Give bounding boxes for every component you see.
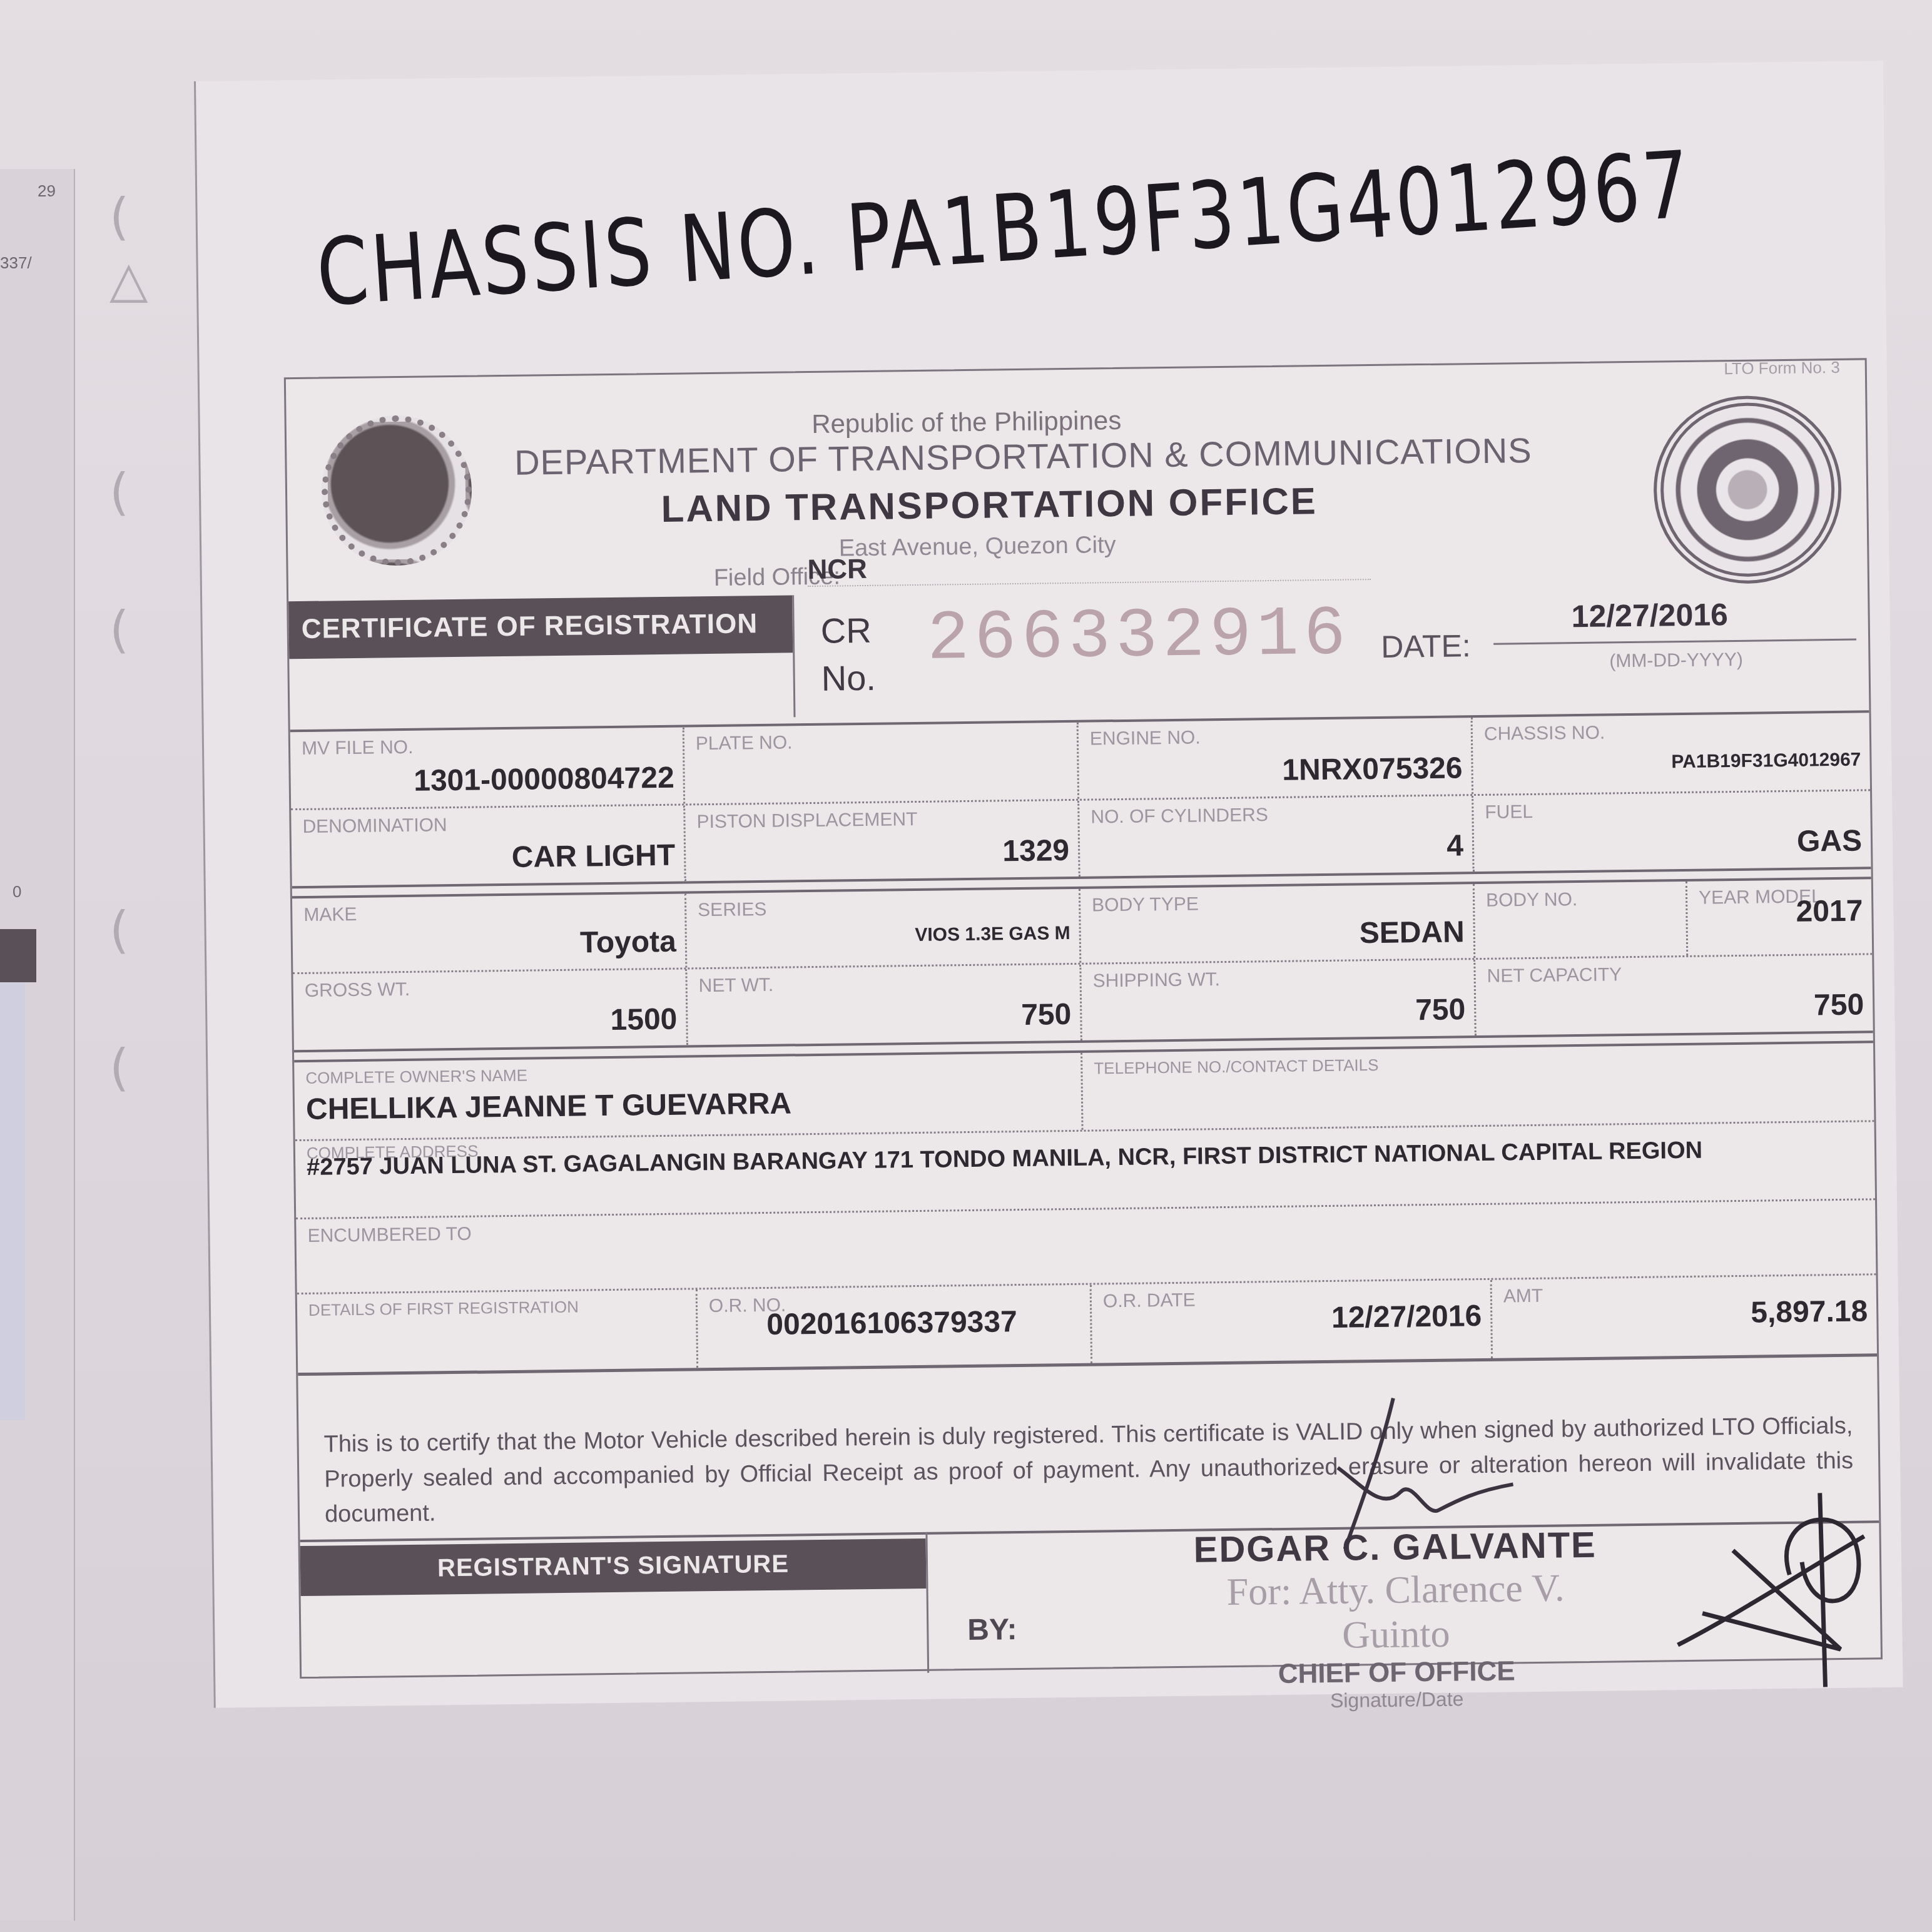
fuel: GAS [1797, 824, 1863, 859]
mv-file-no-cell: MV FILE NO. 1301-00000804722 [290, 728, 685, 809]
field-label: FUEL [1485, 801, 1533, 823]
field-label: SERIES [698, 899, 766, 921]
handwritten-chassis-note: CHASSIS NO. PA1B19F31G4012967 [313, 130, 1695, 327]
field-label: MAKE [303, 904, 357, 926]
field-label: PLATE NO. [696, 732, 793, 755]
binder-hole-icon: ( [109, 1039, 129, 1097]
document-sheet: CHASSIS NO. PA1B19F31G4012967 LTO Form N… [194, 61, 1903, 1708]
officer-signature-icon [1664, 1486, 1904, 1696]
background-fragment: 29 [38, 181, 56, 201]
or-number: 002016106379337 [766, 1304, 1017, 1342]
amount-cell: AMT 5,897.18 [1492, 1275, 1877, 1358]
field-label: PISTON DISPLACEMENT [696, 809, 917, 833]
officer-title: CHIEF OF OFFICE [1177, 1654, 1616, 1691]
field-label: BODY NO. [1486, 889, 1578, 912]
binder-hole-icon: ( [109, 601, 129, 659]
field-label: TELEPHONE NO./CONTACT DETAILS [1094, 1055, 1378, 1079]
certification-statement: This is to certify that the Motor Vehicl… [323, 1408, 1854, 1532]
field-label: O.R. DATE [1103, 1290, 1196, 1313]
background-dark-bar [0, 929, 36, 982]
field-label: NET CAPACITY [1487, 964, 1622, 987]
background-blue-area [0, 982, 25, 1420]
first-registration-cell: DETAILS OF FIRST REGISTRATION [297, 1289, 698, 1373]
or-date-cell: O.R. DATE 12/27/2016 [1092, 1280, 1493, 1363]
shipping-wt-cell: SHIPPING WT. 750 [1081, 960, 1476, 1040]
by-label: BY: [967, 1612, 1017, 1647]
cr-label: CR No. [820, 607, 876, 703]
field-label: SHIPPING WT. [1092, 969, 1220, 992]
cr-number: 266332916 [927, 594, 1351, 679]
engine-no-cell: ENGINE NO. 1NRX075326 [1079, 718, 1473, 799]
certificate-title: CERTIFICATE OF REGISTRATION [288, 595, 793, 659]
date-value: 12/27/2016 [1571, 596, 1728, 634]
vehicle-details-grid: MV FILE NO. 1301-00000804722 PLATE NO. E… [290, 710, 1877, 1376]
series-cell: SERIES VIOS 1.3E GAS M [686, 889, 1081, 968]
mv-file-no: 1301-00000804722 [414, 761, 674, 798]
field-label: CHASSIS NO. [1484, 723, 1605, 745]
divider [925, 1532, 929, 1673]
field-label: NO. OF CYLINDERS [1091, 805, 1268, 828]
field-label: AMT [1503, 1286, 1543, 1308]
field-label: DENOMINATION [302, 815, 447, 838]
or-no-cell: O.R. No. 002016106379337 [698, 1285, 1092, 1368]
field-label: DETAILS OF FIRST REGISTRATION [308, 1298, 579, 1320]
piston-displacement: 1329 [1002, 833, 1069, 868]
cr-label-line1: CR [820, 607, 875, 655]
field-office-value: NCR [807, 554, 867, 586]
binder-hole-icon: ( [109, 188, 129, 246]
net-wt-cell: NET WT. 750 [687, 965, 1082, 1045]
body-no-cell: BODY NO. [1475, 882, 1688, 958]
denomination: CAR LIGHT [512, 838, 676, 875]
body-type: SEDAN [1359, 915, 1465, 950]
field-label: ENGINE NO. [1090, 727, 1201, 750]
field-label: COMPLETE OWNER'S NAME [305, 1066, 527, 1088]
owner-address: #2757 JUAN LUNA ST. GAGALANGIN BARANGAY … [307, 1132, 1794, 1185]
initials-signature-icon [1237, 1390, 1539, 1557]
amount: 5,897.18 [1751, 1294, 1868, 1330]
year-model: 2017 [1796, 894, 1863, 929]
fuel-cell: FUEL GAS [1473, 791, 1871, 872]
field-label: BODY TYPE [1092, 893, 1199, 916]
or-date: 12/27/2016 [1331, 1299, 1482, 1335]
cr-number-row: CERTIFICATE OF REGISTRATION CR No. 26633… [288, 569, 1869, 723]
chassis-no-cell: CHASSIS NO. PA1B19F31G4012967 [1473, 713, 1870, 794]
date-format: (MM-DD-YYYY) [1609, 649, 1743, 673]
chassis-no: PA1B19F31G4012967 [1671, 750, 1861, 773]
divider [792, 595, 795, 717]
gross-wt: 1500 [610, 1002, 677, 1037]
background-fragment: 0 [13, 882, 21, 902]
gross-wt-cell: GROSS WT. 1500 [293, 969, 688, 1050]
background-fragment: 337/ [0, 253, 32, 273]
cylinders-cell: NO. OF CYLINDERS 4 [1079, 796, 1474, 877]
field-label: ENCUMBERED TO [307, 1224, 472, 1247]
make: Toyota [580, 925, 676, 960]
field-label: NET WT. [699, 975, 774, 997]
denomination-cell: DENOMINATION CAR LIGHT [291, 805, 686, 886]
date-label: DATE: [1381, 628, 1471, 665]
body-type-cell: BODY TYPE SEDAN [1080, 884, 1475, 963]
background-document-strip: 29 337/ 0 [0, 169, 75, 1921]
engine-no: 1NRX075326 [1282, 751, 1463, 788]
net-capacity: 750 [1814, 988, 1864, 1023]
officer-for-line: For: Atty. Clarence V. Guinto [1176, 1565, 1615, 1660]
contact-cell: TELEPHONE NO./CONTACT DETAILS [1082, 1043, 1874, 1129]
cr-label-line2: No. [821, 654, 876, 703]
registrant-signature-label: REGISTRANT'S SIGNATURE [300, 1538, 927, 1596]
field-label: GROSS WT. [305, 979, 410, 1002]
no-of-cylinders: 4 [1446, 828, 1463, 863]
certificate-header: Republic of the Philippines DEPARTMENT O… [286, 360, 1868, 589]
year-model-cell: YEAR MODEL 2017 [1687, 879, 1872, 955]
net-wt: 750 [1021, 997, 1072, 1032]
series: VIOS 1.3E GAS M [915, 923, 1070, 946]
certificate-of-registration: LTO Form No. 3 Republic of the Philippin… [284, 358, 1883, 1679]
shipping-wt: 750 [1415, 992, 1466, 1027]
piston-displacement-cell: PISTON DISPLACEMENT 1329 [685, 801, 1080, 882]
binder-triangle-icon: △ [109, 250, 148, 308]
owner-name: CHELLIKA JEANNE T GUEVARRA [306, 1086, 792, 1126]
plate-no-cell: PLATE NO. [684, 723, 1079, 804]
net-capacity-cell: NET CAPACITY 750 [1475, 955, 1873, 1035]
field-label: MV FILE NO. [302, 737, 414, 760]
make-cell: MAKE Toyota [292, 893, 687, 972]
binder-hole-icon: ( [109, 901, 129, 959]
date-line [1493, 639, 1856, 645]
owner-name-cell: COMPLETE OWNER'S NAME CHELLIKA JEANNE T … [294, 1053, 1083, 1139]
